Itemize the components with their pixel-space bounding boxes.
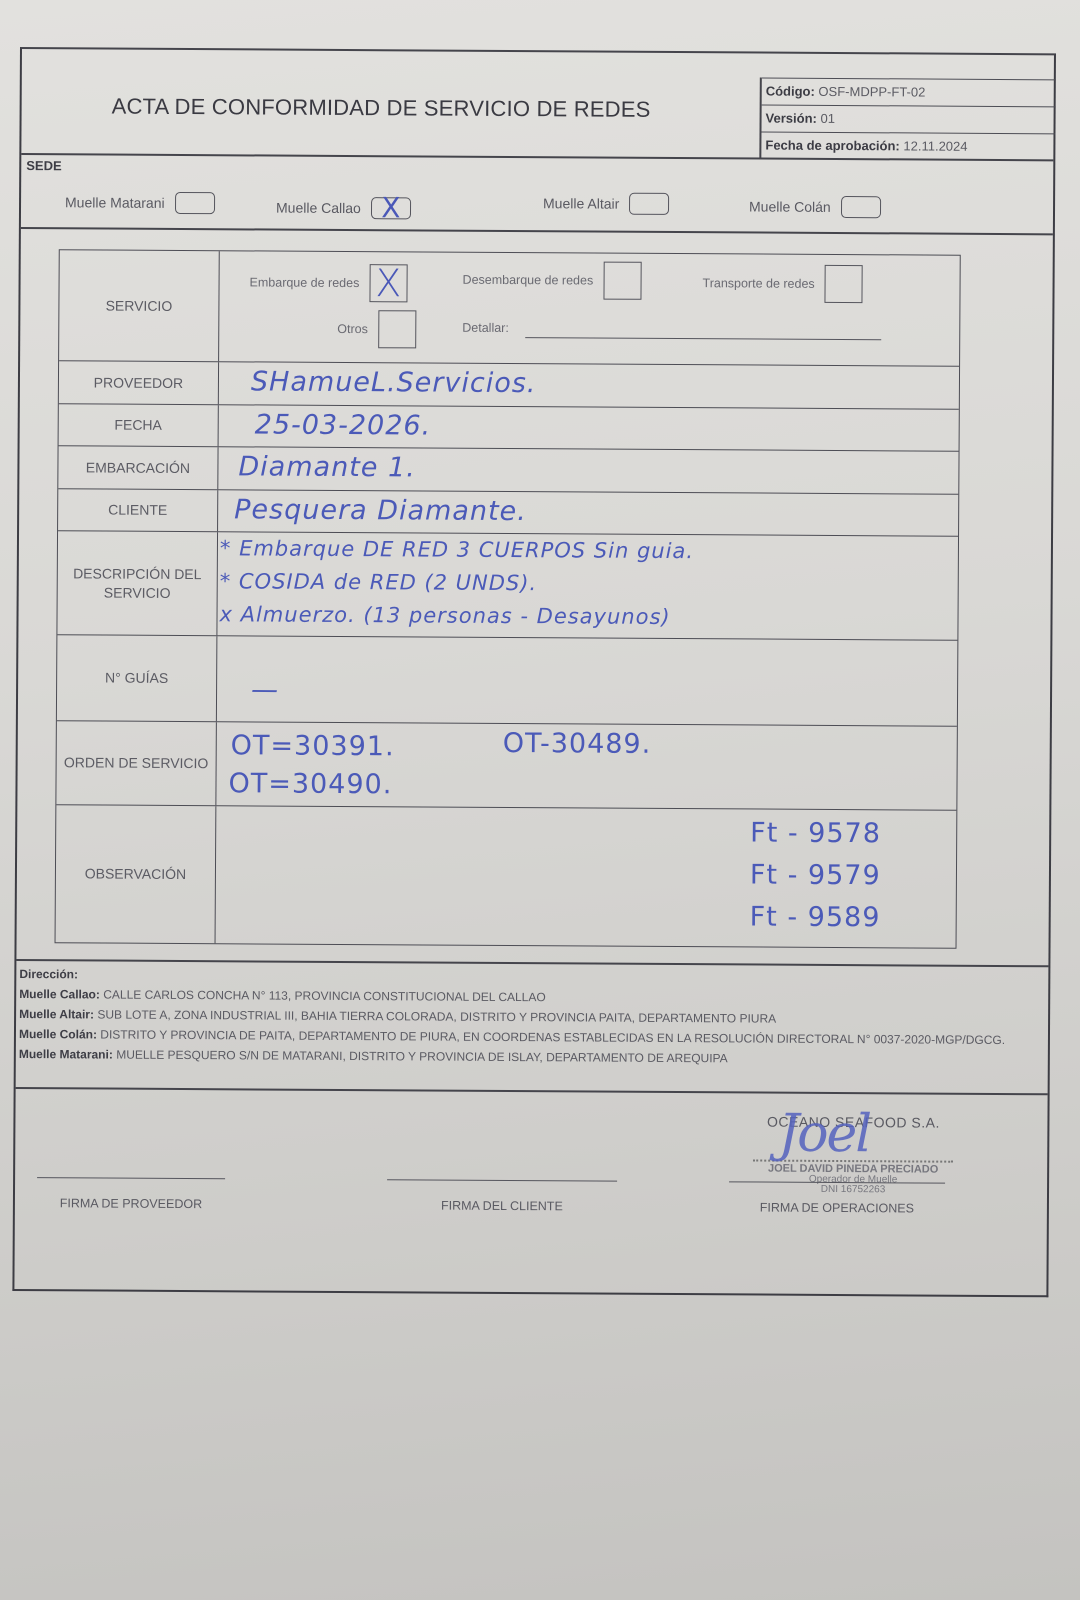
address-altair: Muelle Altair: SUB LOTE A, ZONA INDUSTRI… xyxy=(19,1007,1045,1027)
orden-line[interactable]: OT=30391. xyxy=(231,730,395,762)
address-colan: Muelle Colán: DISTRITO Y PROVINCIA DE PA… xyxy=(19,1027,1045,1047)
checkbox-altair[interactable] xyxy=(629,193,669,215)
address-matarani: Muelle Matarani: MUELLE PESQUERO S/N DE … xyxy=(19,1047,1045,1067)
sede-options: Muelle Matarani Muelle Callao X Muelle A… xyxy=(21,179,1053,235)
checkbox-otros[interactable] xyxy=(378,310,416,348)
codigo-value: OSF-MDPP-FT-02 xyxy=(818,84,925,100)
row-guias: N° GUÍAS — xyxy=(57,634,958,725)
cliente-value[interactable]: Pesquera Diamante. xyxy=(234,494,527,527)
observacion-line[interactable]: Ft - 9579 xyxy=(750,859,881,891)
service-table: SERVICIO Embarque de redes X Desembarque… xyxy=(55,249,961,948)
checkbox-transporte[interactable] xyxy=(825,265,863,303)
detallar-field[interactable] xyxy=(525,337,881,340)
checkbox-callao[interactable]: X xyxy=(371,197,411,219)
sede-option-callao[interactable]: Muelle Callao X xyxy=(276,197,411,220)
form-sheet: ACTA DE CONFORMIDAD DE SERVICIO DE REDES… xyxy=(12,47,1056,1297)
row-descripcion: DESCRIPCIÓN DEL SERVICIO * Embarque DE R… xyxy=(57,530,958,639)
sede-label: SEDE xyxy=(26,158,61,173)
orden-line[interactable]: OT=30490. xyxy=(228,768,392,800)
row-observacion: OBSERVACIÓN Ft - 9578 Ft - 9579 Ft - 958… xyxy=(56,804,957,947)
row-embarcacion: EMBARCACIÓN Diamante 1. xyxy=(58,445,958,493)
guias-value[interactable]: — xyxy=(251,674,279,705)
version-value: 01 xyxy=(820,111,835,126)
form-metadata: Código: OSF-MDPP-FT-02 Versión: 01 Fecha… xyxy=(759,78,1055,162)
fecha-value[interactable]: 25-03-2026. xyxy=(255,409,432,441)
row-fecha: FECHA 25-03-2026. xyxy=(59,403,959,450)
proveedor-value[interactable]: SHamueL.Servicios. xyxy=(251,366,537,399)
servicio-desembarque[interactable]: Desembarque de redes xyxy=(462,261,641,300)
embarcacion-value[interactable]: Diamante 1. xyxy=(238,451,416,483)
checkbox-matarani[interactable] xyxy=(175,192,215,214)
checkbox-desembarque[interactable] xyxy=(603,262,641,300)
descripcion-line[interactable]: * COSIDA de RED (2 UNDS). xyxy=(220,569,538,595)
row-proveedor: PROVEEDOR SHamueL.Servicios. xyxy=(59,360,959,408)
checkbox-embarque[interactable]: X xyxy=(369,264,407,302)
address-callao: Muelle Callao: CALLE CARLOS CONCHA N° 11… xyxy=(19,987,1045,1007)
fecha-aprobacion-row: Fecha de aprobación: 12.11.2024 xyxy=(761,132,1055,161)
version-row: Versión: 01 xyxy=(761,105,1055,134)
servicio-otros[interactable]: Otros xyxy=(337,310,416,348)
check-mark-icon: X xyxy=(370,265,406,301)
sede-option-altair[interactable]: Muelle Altair xyxy=(543,192,669,215)
signature-proveedor[interactable]: FIRMA DE PROVEEDOR xyxy=(37,1177,225,1211)
detallar-label: Detallar: xyxy=(462,321,509,335)
sede-option-matarani[interactable]: Muelle Matarani xyxy=(65,191,215,214)
row-cliente: CLIENTE Pesquera Diamante. xyxy=(58,488,958,535)
servicio-transporte[interactable]: Transporte de redes xyxy=(702,264,862,303)
signature-scrawl: Joel xyxy=(778,1104,870,1165)
orden-line[interactable]: OT-30489. xyxy=(503,728,652,760)
descripcion-line[interactable]: x Almuerzo. (13 personas - Desayunos) xyxy=(219,602,670,629)
row-orden: ORDEN DE SERVICIO OT=30391. OT-30489. OT… xyxy=(56,720,956,809)
check-mark-icon: X xyxy=(372,198,410,218)
address-block: Dirección: Muelle Callao: CALLE CARLOS C… xyxy=(16,959,1049,1095)
codigo-row: Código: OSF-MDPP-FT-02 xyxy=(762,78,1056,107)
signature-operaciones[interactable]: FIRMA DE OPERACIONES xyxy=(729,1181,945,1215)
observacion-line[interactable]: Ft - 9589 xyxy=(750,901,881,933)
sede-option-colan[interactable]: Muelle Colán xyxy=(749,195,881,218)
descripcion-line[interactable]: * Embarque DE RED 3 CUERPOS Sin guia. xyxy=(220,536,694,563)
form-header: ACTA DE CONFORMIDAD DE SERVICIO DE REDES… xyxy=(21,49,1054,161)
row-servicio: SERVICIO Embarque de redes X Desembarque… xyxy=(59,250,960,365)
form-title: ACTA DE CONFORMIDAD DE SERVICIO DE REDES xyxy=(112,94,752,124)
checkbox-colan[interactable] xyxy=(841,196,881,218)
servicio-embarque[interactable]: Embarque de redes X xyxy=(249,263,407,302)
fecha-aprobacion-value: 12.11.2024 xyxy=(903,138,967,153)
signature-cliente[interactable]: FIRMA DEL CLIENTE xyxy=(387,1179,617,1213)
observacion-line[interactable]: Ft - 9578 xyxy=(750,817,881,849)
